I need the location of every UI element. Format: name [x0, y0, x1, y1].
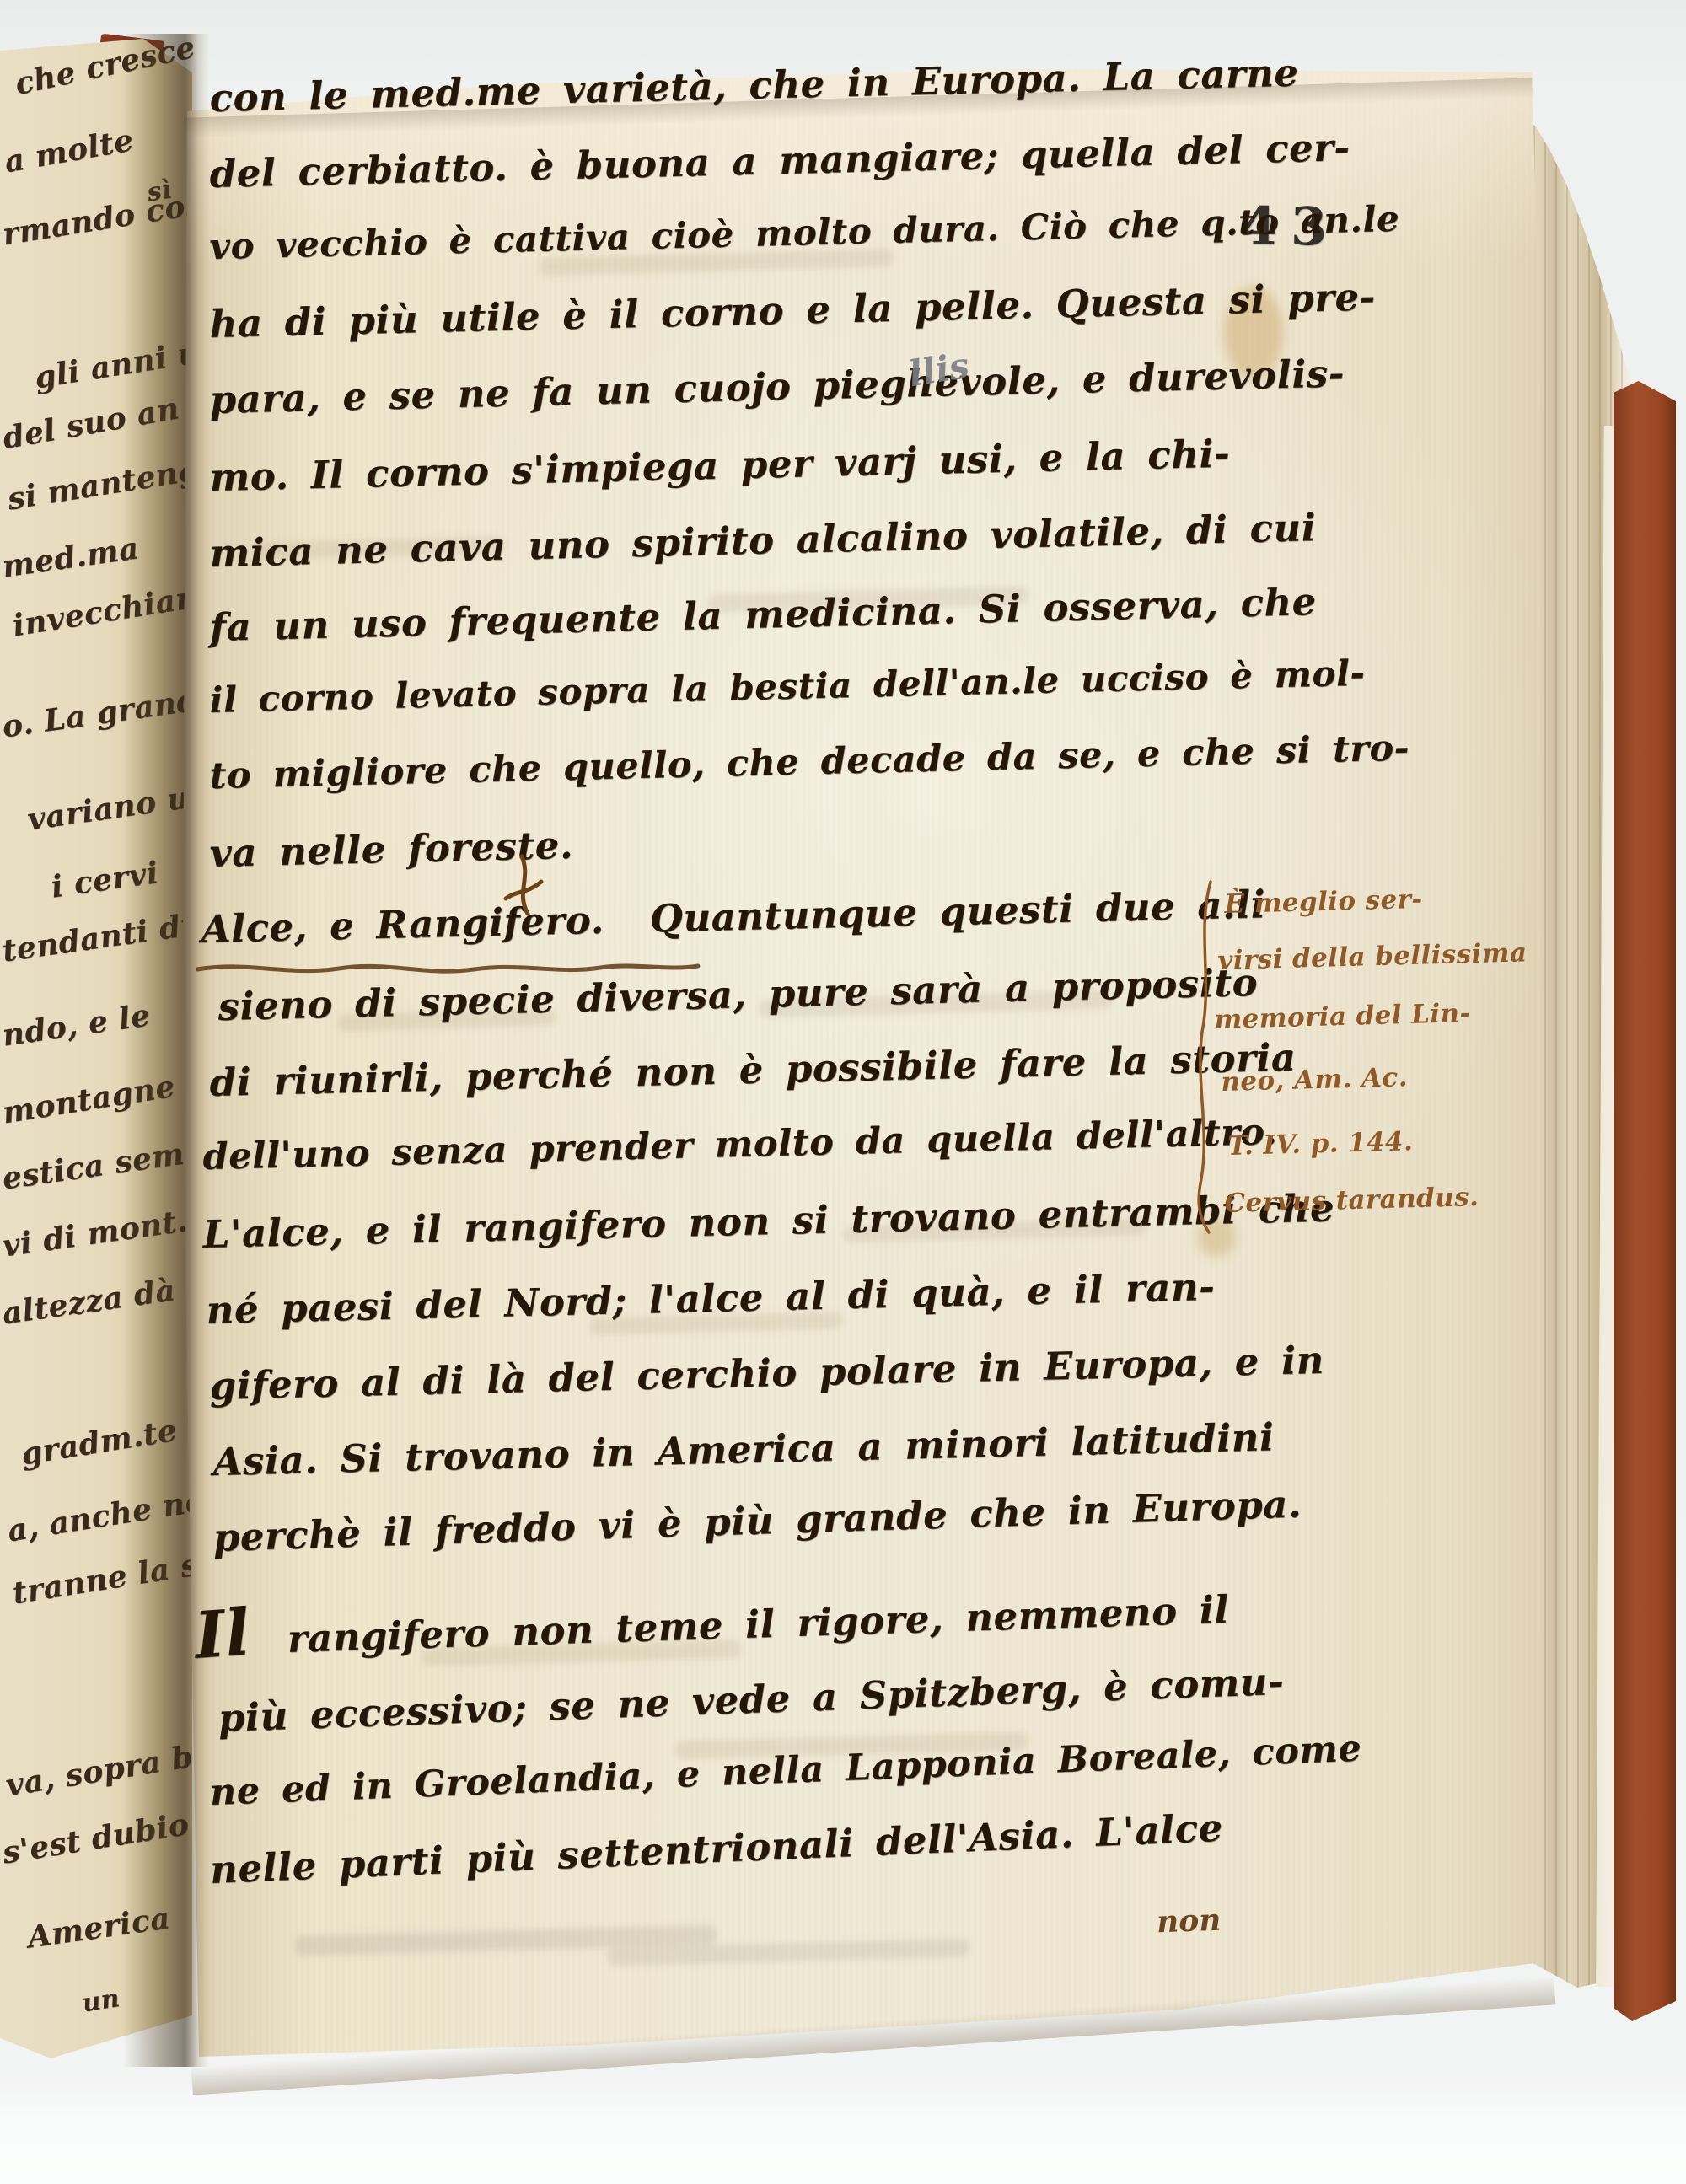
left-page-catchword: un [80, 1983, 122, 2019]
margin-note-line: È meglio ser- [1224, 884, 1423, 920]
margin-note-line: neo, Am. Ac. [1221, 1062, 1408, 1097]
left-page-fragment: med.ma [0, 530, 141, 584]
insertion-caret-mark [499, 850, 550, 920]
catchword: non [1156, 1902, 1222, 1940]
table-surface [0, 2075, 1686, 2184]
manuscript-photo: che cresce a molte sì rmando così gli an… [0, 0, 1686, 2184]
book-cover-edge [1614, 381, 1676, 2021]
margin-note-brace [1192, 878, 1217, 1236]
left-page-fragment: a molte [2, 122, 137, 180]
margin-note-line: T. IV. p. 144. [1227, 1126, 1414, 1162]
paragraph-initial: Il [192, 1594, 252, 1672]
gutter-shadow [123, 34, 209, 2067]
